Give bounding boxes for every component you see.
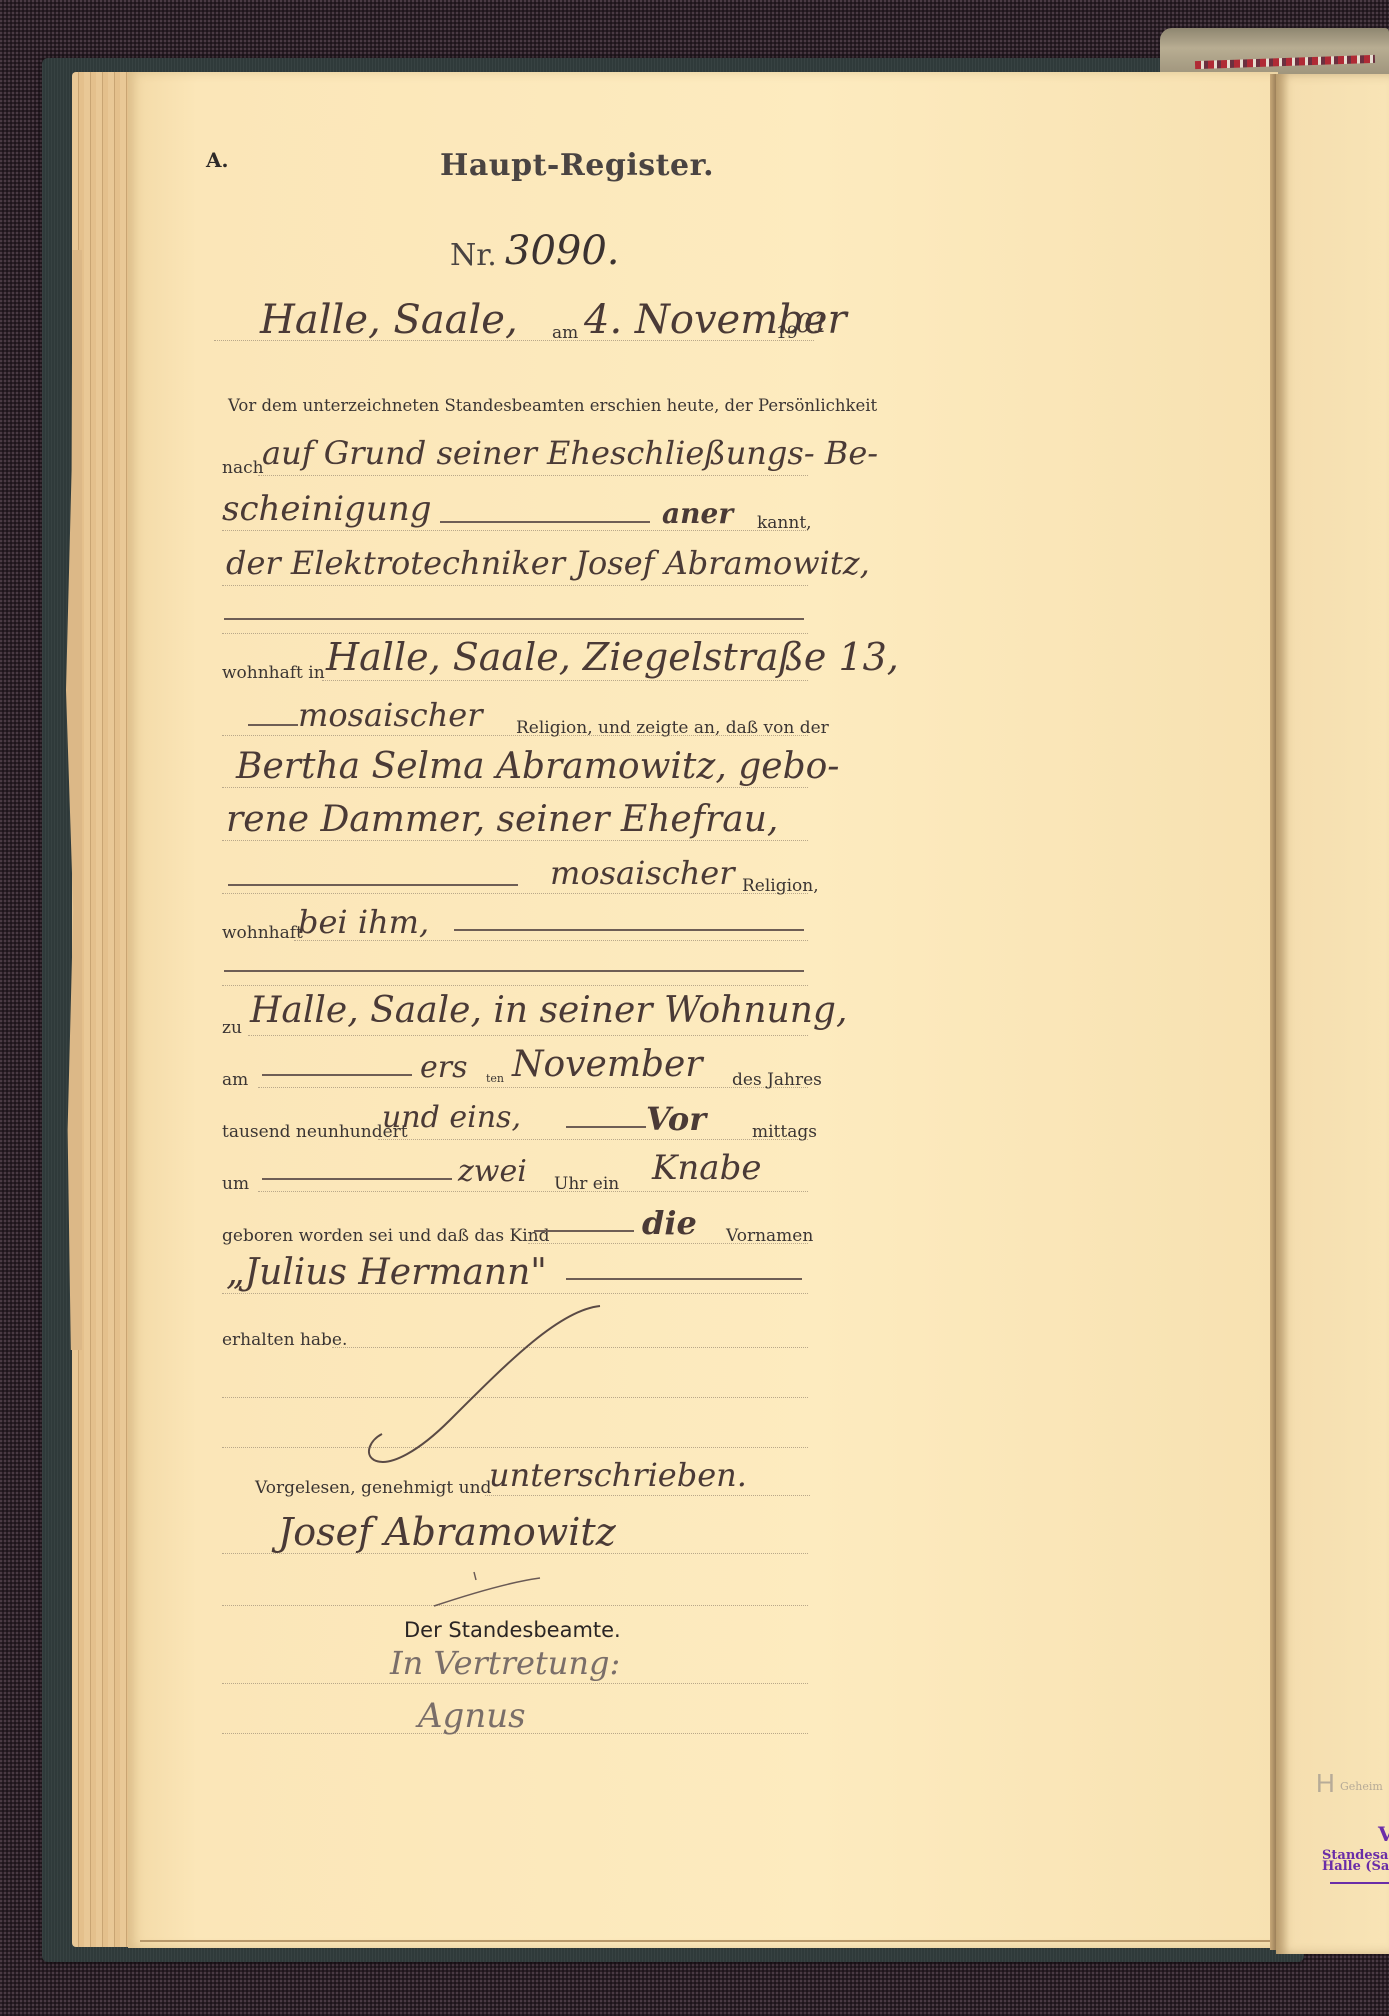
given-names-value: „Julius Hermann": [226, 1252, 547, 1293]
mother-religion-line: mosaischer Religion,: [222, 858, 808, 898]
page-bottom-edge: [140, 1940, 1275, 1942]
nach-label: nach: [222, 458, 264, 478]
mittags-label: mittags: [752, 1122, 817, 1142]
ink-filler: [534, 1230, 634, 1232]
birth-day: ers: [420, 1050, 468, 1085]
read-approved-text: Vorgelesen, genehmigt und: [255, 1478, 491, 1498]
number-label: Nr.: [450, 238, 497, 273]
basis-line-2: scheinigung: [222, 489, 431, 529]
mother-maiden-name: rene Dammer, seiner Ehefrau,: [226, 799, 778, 840]
intro-line: Vor dem unterzeichneten Standesbeamten e…: [228, 390, 814, 430]
am-label: am: [222, 1070, 248, 1090]
ink-filler: [262, 1074, 412, 1076]
ampm-value: Vor: [646, 1100, 706, 1138]
ink-filler: [224, 618, 804, 620]
birth-date-line: am ers ten November des Jahres: [222, 1052, 808, 1092]
blank-line: [222, 598, 808, 638]
place-value: Halle, Saale,: [260, 297, 518, 343]
mother-religion-value: mosaischer: [550, 854, 735, 892]
uhr-ein-label: Uhr ein: [554, 1174, 619, 1194]
dotted-rule: [258, 1087, 808, 1088]
dotted-rule: [222, 893, 808, 894]
ink-filler: [248, 724, 298, 726]
torn-spine: [1160, 28, 1389, 78]
dotted-rule: [378, 1139, 808, 1140]
registrar-deputy-line: In Vertretung:: [222, 1648, 808, 1688]
dotted-rule: [485, 1495, 810, 1496]
year-suffix: 01: [796, 309, 829, 339]
place-date-line: Halle, Saale, am 4. November 19 01: [222, 305, 808, 345]
mother-line-1: Bertha Selma Abramowitz, gebo-: [222, 752, 808, 792]
ten-suffix: ten: [486, 1072, 504, 1085]
ink-filler: [454, 929, 804, 931]
given-names-line: „Julius Hermann": [222, 1258, 808, 1298]
signature-mark: [430, 1570, 550, 1610]
dotted-rule: [222, 633, 808, 634]
child-sex: Knabe: [652, 1148, 761, 1188]
stamp-initial: V: [1378, 1822, 1389, 1846]
zu-label: zu: [222, 1018, 242, 1038]
ink-filler: [262, 1178, 452, 1180]
mother-residence-label: wohnhaft: [222, 923, 303, 943]
birth-month: November: [512, 1044, 703, 1085]
dotted-rule: [258, 475, 808, 476]
read-approved-value: unterschrieben.: [489, 1456, 747, 1494]
identity-line-3: der Elektrotechniker Josef Abramowitz,: [222, 550, 808, 590]
dotted-rule: [222, 840, 808, 841]
mother-residence-line: wohnhaft bei ihm,: [222, 905, 808, 945]
given-name-intro-text: geboren worden sei und daß das Kind: [222, 1226, 550, 1246]
year-prefix: 19: [776, 323, 798, 343]
dotted-rule: [258, 1191, 808, 1192]
dotted-rule: [222, 530, 808, 531]
known-value: aner: [662, 497, 733, 530]
ink-filler: [566, 1126, 646, 1128]
cancellation-flourish: [360, 1300, 620, 1470]
birth-year-value: und eins,: [382, 1100, 521, 1135]
stamp-faint-text: Geheim: [1340, 1780, 1383, 1793]
birth-place-line: zu Halle, Saale, in seiner Wohnung,: [222, 1000, 808, 1040]
religion-label: Religion,: [742, 876, 819, 896]
ink-filler: [440, 521, 650, 523]
birth-time-line: um zwei Uhr ein Knabe: [222, 1156, 808, 1196]
um-label: um: [222, 1174, 249, 1194]
am-label: am: [552, 323, 578, 343]
mother-residence-value: bei ihm,: [298, 903, 429, 941]
facing-page: [1276, 74, 1389, 1954]
section-marker: A.: [206, 148, 228, 172]
residence-label: wohnhaft in: [222, 663, 325, 683]
registrar-signature-line: Agnus: [222, 1698, 808, 1738]
dotted-rule: [222, 1683, 808, 1684]
given-name-intro-line: geboren worden sei und daß das Kind die …: [222, 1208, 808, 1248]
person-value: der Elektrotechniker Josef Abramowitz,: [226, 544, 870, 582]
father-religion-value: mosaischer: [298, 696, 483, 734]
basis-line-1: auf Grund seiner Eheschließungs- Be-: [262, 434, 878, 472]
article-value: die: [642, 1204, 697, 1242]
mother-line-2: rene Dammer, seiner Ehefrau,: [222, 805, 808, 845]
signatory-signature: Josef Abramowitz: [278, 1510, 616, 1554]
des-jahres-label: des Jahres: [732, 1070, 822, 1090]
dotted-rule: [222, 585, 808, 586]
register-title: Haupt-Register.: [440, 148, 714, 183]
religion-text: Religion, und zeigte an, daß von der: [516, 718, 829, 738]
dotted-rule: [222, 1293, 808, 1294]
signatory-line: Josef Abramowitz: [222, 1518, 808, 1558]
kannt-label: kannt,: [757, 513, 812, 533]
stamp-underline: [1330, 1882, 1389, 1884]
registry-stamp: Standesa Halle (Sa: [1322, 1850, 1389, 1872]
intro-text: Vor dem unterzeichneten Standesbeamten e…: [228, 396, 877, 415]
birth-hour: zwei: [458, 1154, 527, 1189]
birth-place-value: Halle, Saale, in seiner Wohnung,: [250, 990, 847, 1031]
registrar-label: Der Standesbeamte.: [404, 1618, 621, 1642]
ink-filler: [228, 884, 518, 886]
identity-line-1: nach auf Grund seiner Eheschließungs- Be…: [222, 440, 808, 480]
residence-value: Halle, Saale, Ziegelstraße 13,: [326, 635, 899, 679]
residence-line: wohnhaft in Halle, Saale, Ziegelstraße 1…: [222, 645, 808, 685]
record-number: 3090.: [505, 228, 620, 274]
year-label: tausend neunhundert: [222, 1122, 408, 1142]
received-text: erhalten habe.: [222, 1330, 347, 1350]
stamp-line-2: Halle (Sa: [1322, 1861, 1389, 1872]
read-approved-line: Vorgelesen, genehmigt und unterschrieben…: [255, 1460, 810, 1500]
dotted-rule: [248, 1035, 808, 1036]
mother-name: Bertha Selma Abramowitz, gebo-: [236, 746, 839, 787]
dotted-rule: [322, 680, 808, 681]
ink-filler: [224, 970, 804, 972]
registrar-deputy: In Vertretung:: [390, 1644, 620, 1682]
identity-line-2: scheinigung aner kannt,: [222, 495, 808, 535]
registrar-signature: Agnus: [418, 1696, 526, 1736]
blank-line: [222, 950, 808, 990]
vornamen-label: Vornamen: [726, 1226, 813, 1246]
dotted-rule: [222, 985, 808, 986]
stamp-letter: H: [1316, 1768, 1335, 1799]
ink-filler: [566, 1278, 802, 1280]
dotted-rule: [222, 787, 808, 788]
father-religion-line: mosaischer Religion, und zeigte an, daß …: [222, 700, 808, 740]
birth-year-line: tausend neunhundert und eins, Vor mittag…: [222, 1104, 808, 1144]
